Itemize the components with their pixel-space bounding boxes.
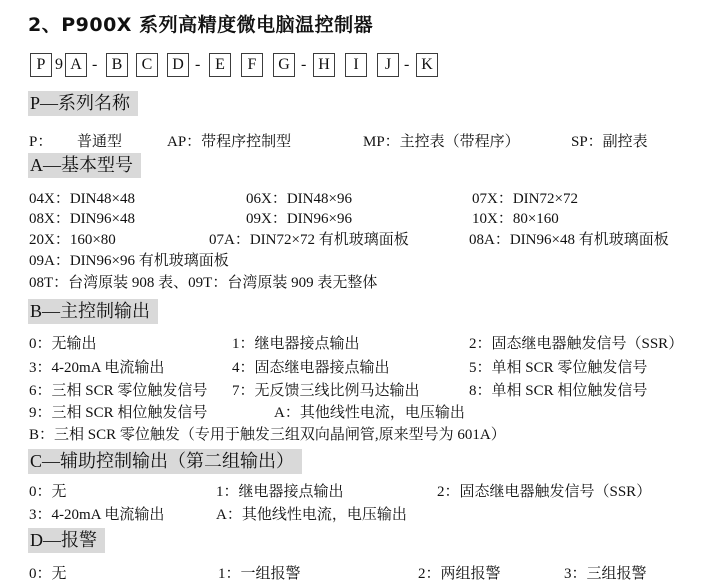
section-C-line-1: 3：4-20mA 电流输出A：其他线性电流，电压输出 bbox=[0, 506, 718, 526]
section-header-A: A—基本型号 bbox=[28, 153, 141, 178]
section-B-line-0: 0：无输出1：继电器接点输出2：固态继电器触发信号（SSR） bbox=[0, 335, 718, 355]
option-item: 20X：160×80 bbox=[29, 231, 116, 250]
option-item: 0：无 bbox=[29, 565, 67, 584]
option-item: 3：4-20mA 电流输出 bbox=[29, 359, 164, 378]
option-item: P： bbox=[29, 133, 52, 152]
option-item: 07X：DIN72×72 bbox=[472, 190, 578, 209]
option-item: 9：三相 SCR 相位触发信号 bbox=[29, 404, 207, 423]
section-header-C: C—辅助控制输出（第二组输出） bbox=[28, 449, 302, 474]
option-item: 4：固态继电器接点输出 bbox=[232, 359, 390, 378]
section-B-line-3: 9：三相 SCR 相位触发信号A：其他线性电流，电压输出 bbox=[0, 404, 718, 424]
model-code-digit: 9 bbox=[55, 53, 63, 77]
section-A-line-1: 08X：DIN96×4809X：DIN96×9610X：80×160 bbox=[0, 210, 718, 230]
model-code-row: P9A-BCD-EFG-HIJ-K bbox=[0, 53, 718, 79]
section-B-line-4: B：三相 SCR 零位触发（专用于触发三组双向晶闸管,原来型号为 601A） bbox=[0, 426, 718, 446]
model-code-dash: - bbox=[92, 53, 97, 77]
model-code-letter-box: J bbox=[377, 53, 399, 77]
section-D-line-0: 0：无1：一组报警2：两组报警3：三组报警 bbox=[0, 565, 718, 585]
option-item: 2：两组报警 bbox=[418, 565, 501, 584]
option-item: 07A：DIN72×72 有机玻璃面板 bbox=[209, 231, 409, 250]
section-C-line-0: 0：无1：继电器接点输出2：固态继电器触发信号（SSR） bbox=[0, 483, 718, 503]
option-item: 3：三组报警 bbox=[564, 565, 647, 584]
option-item: 7：无反馈三线比例马达输出 bbox=[232, 382, 420, 401]
section-header-D: D—报警 bbox=[28, 528, 105, 553]
option-item: 6：三相 SCR 零位触发信号 bbox=[29, 382, 207, 401]
model-code-dash: - bbox=[195, 53, 200, 77]
option-item: A：其他线性电流，电压输出 bbox=[216, 506, 407, 525]
option-item: 0：无输出 bbox=[29, 335, 97, 354]
option-item: MP：主控表（带程序） bbox=[363, 133, 520, 152]
model-code-letter-box: F bbox=[241, 53, 263, 77]
option-item: 普通型 bbox=[77, 133, 122, 152]
option-item: 1：继电器接点输出 bbox=[232, 335, 360, 354]
model-code-letter-box: A bbox=[65, 53, 87, 77]
document-title: 2、P900X 系列高精度微电脑温控制器 bbox=[28, 10, 373, 37]
option-item: B：三相 SCR 零位触发（专用于触发三组双向晶闸管,原来型号为 601A） bbox=[29, 426, 506, 445]
option-item: AP：带程序控制型 bbox=[167, 133, 291, 152]
section-P-line-0: P：普通型AP：带程序控制型MP：主控表（带程序）SP：副控表 bbox=[0, 133, 718, 153]
model-code-letter-box: C bbox=[136, 53, 158, 77]
section-A-line-3: 09A：DIN96×96 有机玻璃面板 bbox=[0, 252, 718, 272]
option-item: A：其他线性电流，电压输出 bbox=[274, 404, 465, 423]
section-A-line-4: 08T：台湾原装 908 表、09T：台湾原装 909 表无整体 bbox=[0, 274, 718, 294]
model-code-letter-box: E bbox=[209, 53, 231, 77]
section-A-line-2: 20X：160×8007A：DIN72×72 有机玻璃面板08A：DIN96×4… bbox=[0, 231, 718, 251]
option-item: 1：继电器接点输出 bbox=[216, 483, 344, 502]
option-item: 2：固态继电器触发信号（SSR） bbox=[437, 483, 651, 502]
section-header-P: P—系列名称 bbox=[28, 91, 138, 116]
option-item: 5：单相 SCR 零位触发信号 bbox=[469, 359, 647, 378]
model-code-letter-box: D bbox=[167, 53, 189, 77]
option-item: 06X：DIN48×96 bbox=[246, 190, 352, 209]
section-header-B: B—主控制输出 bbox=[28, 299, 158, 324]
option-item: 08T：台湾原装 908 表、09T：台湾原装 909 表无整体 bbox=[29, 274, 377, 293]
option-item: 09A：DIN96×96 有机玻璃面板 bbox=[29, 252, 229, 271]
option-item: 04X：DIN48×48 bbox=[29, 190, 135, 209]
option-item: SP：副控表 bbox=[571, 133, 648, 152]
option-item: 08X：DIN96×48 bbox=[29, 210, 135, 229]
option-item: 08A：DIN96×48 有机玻璃面板 bbox=[469, 231, 669, 250]
model-code-dash: - bbox=[301, 53, 306, 77]
option-item: 10X：80×160 bbox=[472, 210, 559, 229]
section-A-line-0: 04X：DIN48×4806X：DIN48×9607X：DIN72×72 bbox=[0, 190, 718, 210]
model-code-letter-box: I bbox=[345, 53, 367, 77]
option-item: 0：无 bbox=[29, 483, 67, 502]
section-B-line-1: 3：4-20mA 电流输出4：固态继电器接点输出5：单相 SCR 零位触发信号 bbox=[0, 359, 718, 379]
model-code-letter-box: G bbox=[273, 53, 295, 77]
model-code-letter-box: K bbox=[416, 53, 438, 77]
section-B-line-2: 6：三相 SCR 零位触发信号7：无反馈三线比例马达输出8：单相 SCR 相位触… bbox=[0, 382, 718, 402]
option-item: 2：固态继电器触发信号（SSR） bbox=[469, 335, 683, 354]
model-code-letter-box: P bbox=[30, 53, 52, 77]
model-code-dash: - bbox=[404, 53, 409, 77]
option-item: 3：4-20mA 电流输出 bbox=[29, 506, 164, 525]
option-item: 1：一组报警 bbox=[218, 565, 301, 584]
model-code-letter-box: B bbox=[106, 53, 128, 77]
model-code-letter-box: H bbox=[313, 53, 335, 77]
option-item: 09X：DIN96×96 bbox=[246, 210, 352, 229]
option-item: 8：单相 SCR 相位触发信号 bbox=[469, 382, 647, 401]
